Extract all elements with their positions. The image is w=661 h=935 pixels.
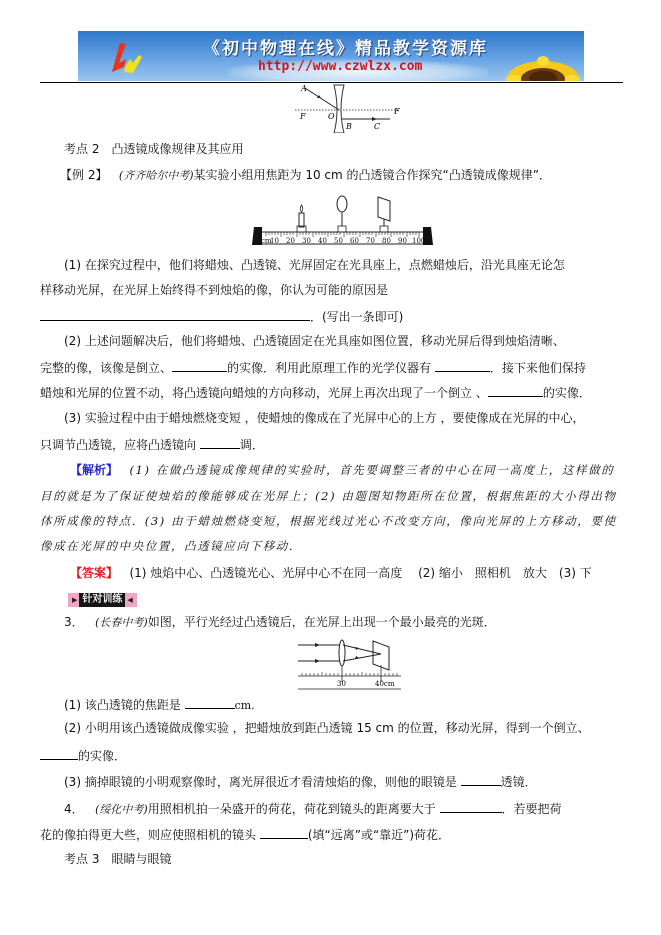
answer-blank[interactable] — [260, 825, 308, 839]
svg-text:C: C — [374, 122, 380, 131]
svg-text:40cm: 40cm — [375, 680, 395, 688]
answer-line: 【答案】 (1) 烛焰中心、凸透镜光心、光屏中心不在同一高度 (2) 缩小 照相… — [70, 565, 592, 581]
svg-text:30: 30 — [302, 237, 311, 245]
q2-line-1: (2) 上述问题解决后，他们将蜡烛、凸透镜固定在光具座如图位置，移动光屏后得到烛… — [64, 333, 565, 349]
answer-blank[interactable] — [172, 358, 227, 372]
svg-text:F: F — [393, 107, 400, 116]
svg-text:O: O — [328, 112, 335, 121]
answer-blank[interactable] — [440, 799, 502, 813]
q3-part-2-line-1: (2) 小明用该凸透镜做成像实验 ，把蜡烛放到距凸透镜 15 cm 的位置，移动… — [64, 720, 590, 736]
triangle-left-icon: ◀ — [125, 592, 134, 608]
analysis-line-4: 像成在光屏的中央位置，凸透镜应向下移动． — [40, 538, 302, 554]
svg-text:90: 90 — [398, 237, 407, 245]
answer-blank[interactable] — [488, 383, 543, 397]
answer-blank[interactable] — [40, 307, 310, 321]
convex-lens-focus-figure: 30 40cm — [293, 638, 405, 690]
svg-text:40: 40 — [318, 237, 327, 245]
sunflower-icon — [498, 41, 584, 81]
site-logo-icon — [106, 41, 146, 77]
example-text: 某实验小组用焦距为 10 cm 的凸透镜合作探究“凸透镜成像规律”． — [194, 168, 551, 182]
question-3-stem: 3． (长春中考)如图，平行光经过凸透镜后，在光屏上出现一个最小最亮的光斑． — [64, 614, 496, 631]
q1-line-3: ．(写出一条即可) — [40, 307, 403, 325]
example-source: (齐齐哈尔中考) — [119, 169, 194, 182]
optical-bench-figure: cm 10 20 30 40 50 60 70 80 90 100 — [250, 195, 435, 247]
banner-url[interactable]: http://www.czwlzx.com — [258, 59, 422, 74]
example-2-stem: 【例 2】 (齐齐哈尔中考)某实验小组用焦距为 10 cm 的凸透镜合作探究“凸… — [60, 167, 551, 184]
question-4-line-1: 4． (绥化中考)用照相机拍一朵盛开的荷花，荷花到镜头的距离要大于 ．若要把荷 — [64, 799, 562, 818]
svg-text:60: 60 — [350, 237, 359, 245]
section-2-heading: 考点 2 凸透镜成像规律及其应用 — [64, 141, 243, 157]
answer-blank[interactable] — [185, 695, 235, 709]
analysis-line-1: 【解析】 (1) 在做凸透镜成像规律的实验时，首先要调整三者的中心在同一高度上，… — [70, 462, 614, 478]
example-tag: 【例 2】 — [60, 168, 107, 182]
answer-tag: 【答案】 — [70, 566, 118, 580]
analysis-line-3: 体所成像的特点．(3) 由于蜡烛燃烧变短，根据光线过光心不改变方向，像向光屏的上… — [40, 513, 617, 529]
svg-text:100: 100 — [412, 237, 425, 245]
answer-blank[interactable] — [200, 435, 240, 449]
concave-lens-figure: A F O B C F — [290, 83, 405, 133]
svg-text:70: 70 — [366, 237, 375, 245]
practice-badge: ▶ 针对训练 ◀ — [68, 590, 137, 607]
question-4-line-2: 花的像拍得更大些，则应使照相机的镜头 (填“远离”或“靠近”)荷花． — [40, 825, 450, 843]
q3-line-1: (3) 实验过程中由于蜡烛燃烧变短 ，使蜡烛的像成在了光屏中心的上方 ，要使像成… — [64, 410, 584, 426]
q3-line-2: 只调节凸透镜，应将凸透镜向 调． — [40, 435, 264, 453]
svg-text:A: A — [300, 84, 307, 93]
q1-line-2: 样移动光屏，在光屏上始终得不到烛焰的像，你认为可能的原因是 — [40, 282, 388, 298]
banner-title: 《初中物理在线》精品教学资源库 — [203, 34, 533, 59]
section-3-heading: 考点 3 眼睛与眼镜 — [64, 851, 171, 867]
q1-line-1: (1) 在探究过程中，他们将蜡烛、凸透镜、光屏固定在光具座上，点燃蜡烛后，沿光具… — [64, 257, 565, 273]
svg-text:10: 10 — [270, 237, 279, 245]
q2-line-2: 完整的像，该像是倒立、的实像．利用此原理工作的光学仪器有 ．接下来他们保持 — [40, 358, 586, 376]
q3-part-2-line-2: 的实像． — [40, 746, 126, 764]
svg-text:30: 30 — [337, 680, 346, 688]
answer-blank[interactable] — [461, 772, 501, 786]
analysis-tag: 【解析】 — [70, 463, 118, 477]
header-banner: 《初中物理在线》精品教学资源库 http://www.czwlzx.com — [78, 31, 584, 81]
svg-text:80: 80 — [382, 237, 391, 245]
answer-blank[interactable] — [435, 358, 490, 372]
svg-text:20: 20 — [286, 237, 295, 245]
triangle-right-icon: ▶ — [70, 592, 79, 608]
q3-part-3: (3) 摘掉眼镜的小明观察像时，离光屏很近才看清烛焰的像，则他的眼镜是 透镜． — [64, 772, 537, 790]
svg-text:B: B — [345, 122, 352, 131]
analysis-line-2: 目的就是为了保证使烛焰的像能够成在光屏上；(2) 由题图知物距所在位置，根据焦距… — [40, 488, 617, 504]
answer-blank[interactable] — [40, 746, 78, 760]
q2-line-3: 蜡烛和光屏的位置不动，将凸透镜向蜡烛的方向移动，光屏上再次出现了一个倒立 、的实… — [40, 383, 591, 401]
q3-part-1: (1) 该凸透镜的焦距是 cm. — [64, 695, 255, 714]
svg-text:50: 50 — [334, 237, 343, 245]
svg-text:F: F — [299, 112, 306, 121]
